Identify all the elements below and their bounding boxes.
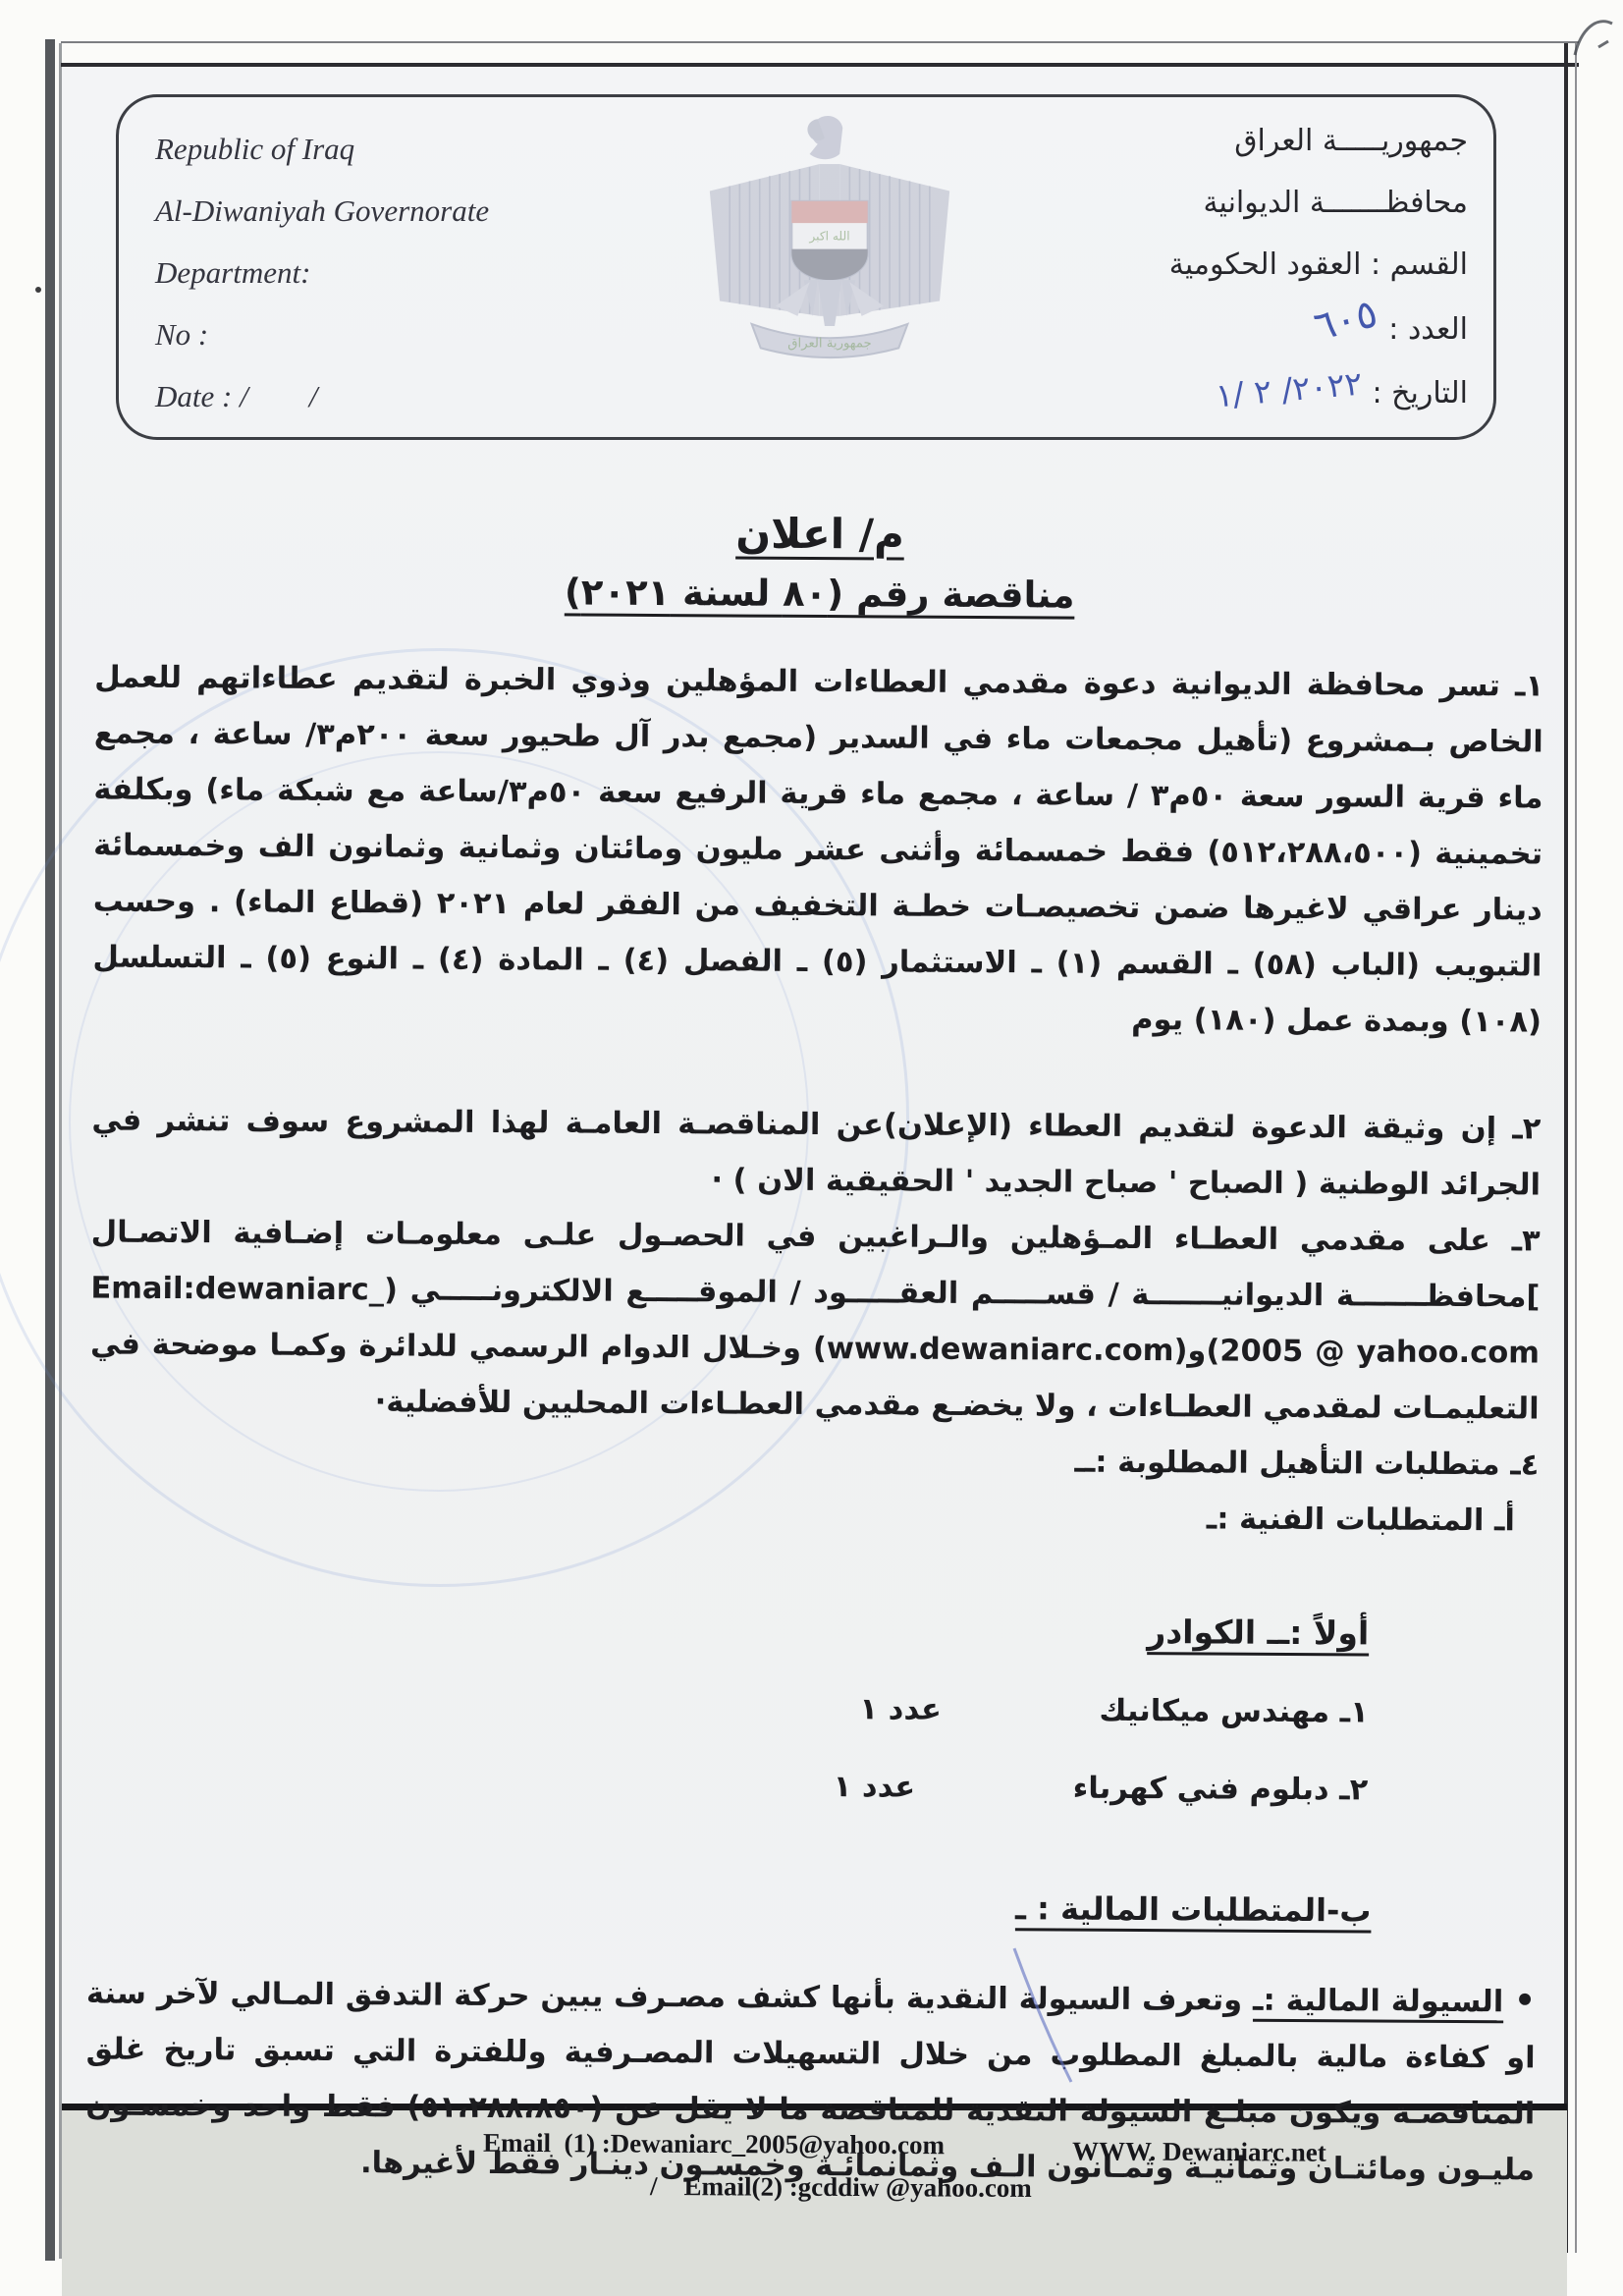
handwritten-date: ٢٠٢٢/ ٢ /١ <box>1214 353 1366 427</box>
frame-top-thin-line <box>61 41 1579 43</box>
ar-date-label: التاريخ : <box>1372 376 1468 410</box>
technical-requirements-heading: أـ المتطلبات الفنية :ـ <box>89 1484 1539 1549</box>
cadre-item-row: ١ـ مهندس ميكانيك عدد ١ <box>88 1676 1369 1740</box>
financial-requirements-heading-line: ب-المتطلبات المالية : ـ <box>86 1875 1371 1939</box>
qualification-requirements-heading: ٤ـ متطلبات التأهيل المطلوبة :ــ <box>89 1428 1539 1493</box>
svg-text:الله اكبر: الله اكبر <box>808 229 849 244</box>
cadre-title: ١ـ مهندس ميكانيك <box>1099 1694 1369 1730</box>
cadre-title: ٢ـ دبلوم فني كهرباء <box>1073 1772 1369 1808</box>
letterhead-arabic: جمهوريـــــة العراق محافظـــــــة الديوا… <box>1169 110 1468 424</box>
paragraph-2-publication: ٢ـ إن وثيقة الدعوة لتقديم العطاء (الإعلا… <box>91 1092 1542 1213</box>
bullet-icon: • <box>1514 1981 1536 2020</box>
footer-email-2: / Email(2) :gcddiw @yahoo.com <box>650 2171 1032 2204</box>
document-body: م/ اعلان مناقصة رقم (٨٠ لسنة ٢٠٢١) ١ـ تس… <box>85 505 1544 2199</box>
ar-department: القسم : العقود الحكومية <box>1169 234 1468 296</box>
en-date-label: Date : <box>155 379 232 413</box>
footer-website: WWW. Dewaniarc.net <box>1072 2136 1326 2167</box>
cadre-count: عدد ١ <box>834 1759 916 1816</box>
en-date-line: Date : / / <box>155 365 489 427</box>
pen-squiggle-mark <box>1569 8 1618 67</box>
scanned-document-page: Republic of Iraq Al-Diwaniyah Governorat… <box>0 0 1623 2296</box>
cadre-count: عدد ١ <box>859 1681 942 1738</box>
blue-pen-stroke <box>987 1942 1095 2090</box>
en-department-label: Department: <box>155 242 489 303</box>
cadres-heading-line: أولاً :ــ الكوادر <box>88 1597 1369 1663</box>
en-date-value: / / <box>240 379 317 413</box>
tender-number-title: مناقصة رقم (٨٠ لسنة ٢٠٢١) <box>565 571 1075 616</box>
ar-number-label: العدد : <box>1388 312 1468 347</box>
svg-text:جمهورية العراق: جمهورية العراق <box>787 336 871 351</box>
en-no-label: No : <box>155 303 489 365</box>
announcement-title: م/ اعلان <box>735 509 904 558</box>
financial-requirements-heading: ب-المتطلبات المالية : ـ <box>1015 1889 1372 1929</box>
ar-country: جمهوريـــــة العراق <box>1169 110 1468 172</box>
ar-number-line: العدد : ٦٠٥ <box>1169 296 1468 360</box>
paragraph-3-contact-info: ٣ـ على مقدمي العطـاء المـؤهلين والـراغبي… <box>90 1204 1541 1437</box>
footer-email-1: Email (1) :Dewaniarc_2005@yahoo.com <box>483 2128 945 2160</box>
frame-right-thick-line <box>1564 43 1568 2253</box>
announcement-title-block: م/ اعلان مناقصة رقم (٨٠ لسنة ٢٠٢١) <box>95 505 1545 629</box>
paragraph-1-project-description: ١ـ تسر محافظة الديوانية دعوة مقدمي العطا… <box>92 650 1543 1051</box>
cadre-item-row: ٢ـ دبلوم فني كهرباء عدد ١ <box>87 1754 1368 1818</box>
cadres-heading: أولاً :ــ الكوادر <box>1147 1613 1369 1652</box>
letterhead-english: Republic of Iraq Al-Diwaniyah Governorat… <box>155 118 489 427</box>
en-country: Republic of Iraq <box>155 118 489 180</box>
liquidity-label: السيولة المالية :ـ <box>1253 1984 1503 2020</box>
en-governorate: Al-Diwaniyah Governorate <box>155 180 489 242</box>
ar-governorate: محافظـــــــة الديوانية <box>1169 172 1468 234</box>
ar-date-line: التاريخ : ٢٠٢٢/ ٢ /١ <box>1169 360 1468 424</box>
frame-right-thin-line <box>1575 43 1577 2253</box>
cadres-section: أولاً :ــ الكوادر ١ـ مهندس ميكانيك عدد ١… <box>87 1597 1369 1818</box>
ink-speck <box>35 287 41 293</box>
frame-top-thick-line <box>61 63 1579 67</box>
iraq-coat-of-arms-icon: الله اكبر جمهورية العراق <box>679 106 980 436</box>
